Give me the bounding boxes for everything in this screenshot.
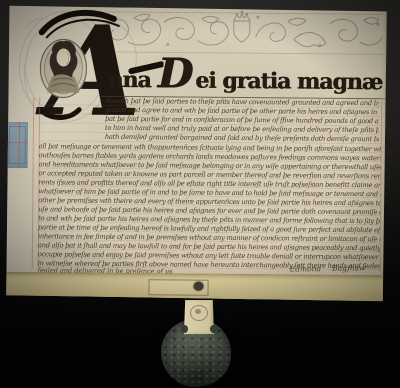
document-heading: nna D ei gratia magnæ B ritanniæ [107,49,385,99]
photograph-background: A n [0,0,400,388]
signature-area: Edmond Bagſhaw [290,263,382,274]
blue-revenue-stamp [7,122,28,168]
stamp-emboss-frame [9,126,26,164]
parchment-document: A n [5,4,388,303]
script-block-full: all þat meſsuage or tenement wth thappur… [38,142,381,271]
script-block-indented: noweth þat þe ſaid parties to theſe pñts… [105,97,379,144]
left-margin-rule [32,97,34,268]
heading-middle-words: ei gratia magnæ [195,68,382,96]
wax-residue-spot [194,282,204,291]
signature-scribble: Bagſhaw [332,263,365,273]
heading-minims: nna [107,67,150,93]
heading-capital-d: D [157,49,193,97]
wax-overlap-right [210,325,217,333]
queen-portrait-medallion [40,39,87,97]
signature-scribble: Edmond [290,264,322,274]
wax-overlap-left [181,325,188,333]
embossed-stamp-icon [190,305,208,321]
